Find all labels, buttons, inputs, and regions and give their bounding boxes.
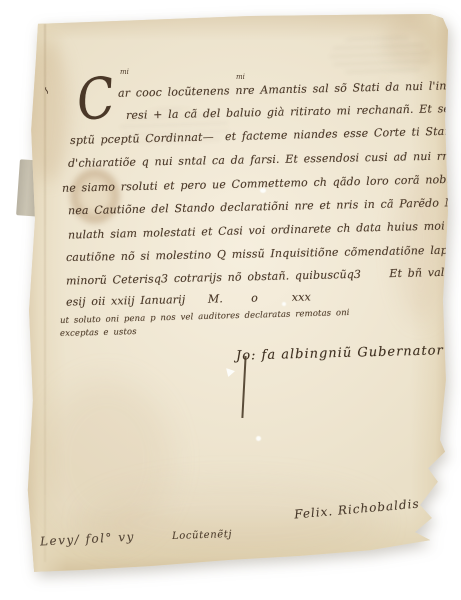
edge-stain-top-left (26, 42, 70, 182)
paragraph-mark: ∽ (39, 84, 54, 97)
paper-chip (226, 368, 235, 377)
paper-shadow: ∽ C mi mi ar cooc locũtenens nre Amantis… (0, 0, 461, 600)
annotation-bottom-center: Locũtenẽtj (172, 529, 232, 542)
stain-bottom (84, 482, 384, 562)
stain-bottom-left (42, 380, 172, 540)
annotation-bottom-left: Levy/ fol° vy (40, 530, 135, 549)
manuscript-line: ar cooc locũtenens nre Amantis sal sõ St… (118, 77, 461, 100)
manuscript-line: minorũ Ceterisq3 cotrarijs nõ obstañ. qu… (66, 266, 461, 288)
initial-letter: C (74, 70, 118, 130)
manuscript-line: cautiõne nõ si molestino Q missũ Inquisi… (66, 243, 461, 264)
paper-hole (256, 436, 261, 441)
ink-showthrough-top (330, 34, 430, 78)
annotation-bottom-right: Felix. Richobaldis (294, 497, 420, 522)
signature-descender (241, 356, 246, 418)
manuscript-line: resi + la cã del baluio già ritirato mi … (126, 101, 461, 122)
superscript-abbreviation: mi (236, 73, 245, 81)
manuscript-line: d'chiaratiõe q nui sntal ca da farsi. Et… (68, 149, 461, 170)
manuscript-line: ut soluto oni pena p nos vel auditores d… (60, 308, 350, 326)
manuscript-line: exceptas e ustos (60, 327, 137, 339)
manuscript-line: nea Cautiõne del Stando declaratiõni nre… (68, 196, 461, 218)
manuscript-line: nulath siam molestati et Casi voi ordina… (68, 219, 445, 241)
fold-crease (44, 24, 46, 562)
manuscript-page: ∽ C mi mi ar cooc locũtenens nre Amantis… (24, 12, 448, 578)
photo-of-manuscript: ∽ C mi mi ar cooc locũtenens nre Amantis… (0, 0, 461, 600)
manuscript-line: esij oii xxiij Ianuarij M. o xxx (66, 290, 311, 308)
signature: Jo: fa albingniũ Gubernator (236, 343, 444, 363)
superscript-abbreviation: mi (120, 68, 129, 76)
